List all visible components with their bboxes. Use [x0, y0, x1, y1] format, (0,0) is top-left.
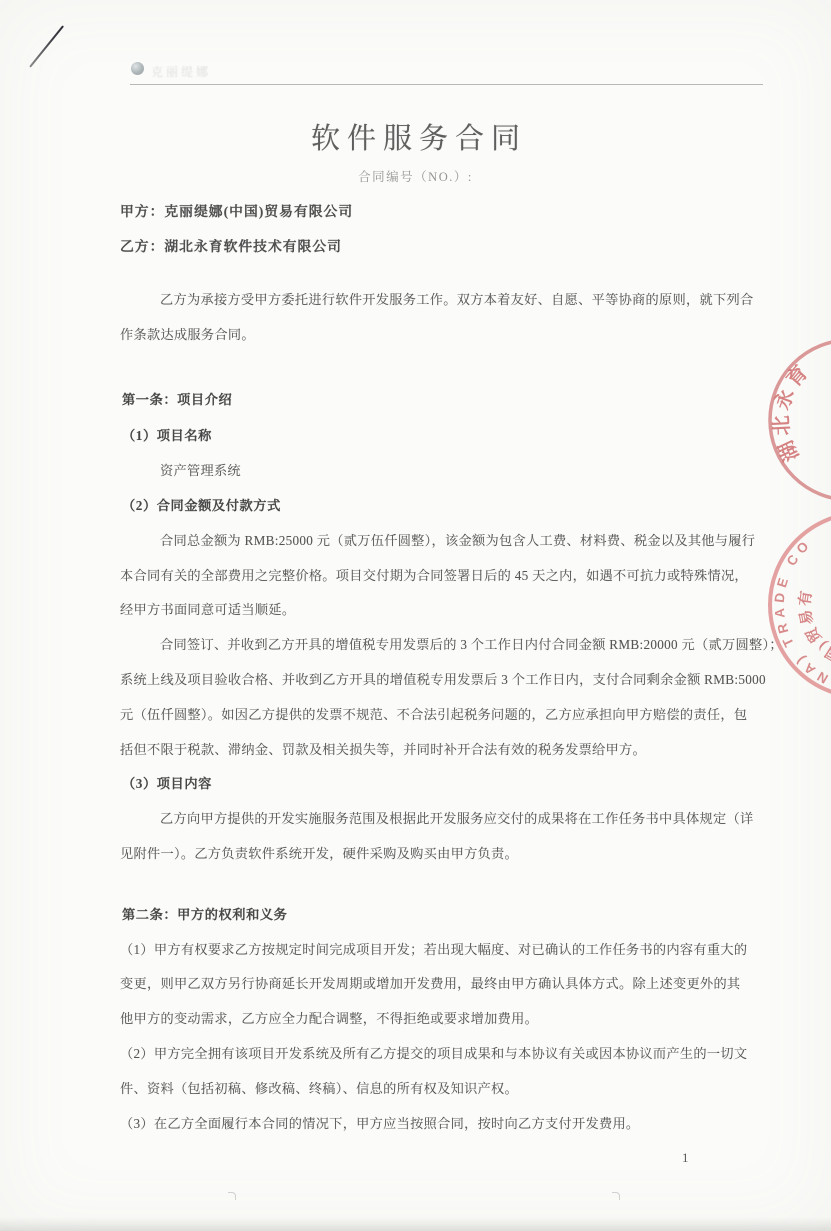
party-a-seal-stamp: INA) TRADE CO 国)贸易有	[700, 505, 831, 716]
contract-body: 乙方为承接方受甲方委托进行软件开发服务工作。双方本着友好、自愿、平等协商的原则，…	[120, 283, 768, 1141]
section-1-heading: 第一条：项目介绍	[120, 383, 768, 418]
letterhead-divider	[130, 84, 763, 85]
party-a-line: 甲方：克丽缇娜(中国)贸易有限公司	[120, 200, 353, 220]
section-2-clause-1-line: 变更，则甲乙双方另行协商延长开发周期或增加开发费用，最终由甲方确认具体方式。除上…	[120, 967, 768, 1002]
section-2-clause-1-line: 他甲方的变动需求，乙方应全力配合调整，不得拒绝或要求增加费用。	[120, 1002, 768, 1037]
payment-paragraph-line: 括但不限于税款、滞纳金、罚款及相关损失等，并同时补开合法有效的税务发票给甲方。	[120, 733, 768, 768]
section-2-heading: 第二条：甲方的权利和义务	[120, 898, 768, 933]
page-number: 1	[682, 1150, 689, 1166]
scan-edge-shadow	[0, 1217, 831, 1231]
section-1-item-2-heading: （2）合同金额及付款方式	[120, 489, 768, 524]
party-b-line: 乙方：湖北永育软件技术有限公司	[120, 235, 342, 255]
section-1-item-1-heading: （1）项目名称	[120, 419, 768, 454]
section-1-item-3-heading: （3）项目内容	[120, 767, 768, 802]
amount-paragraph-line: 合同总金额为 RMB:25000 元（贰万伍仟圆整），该金额为包含人工费、材料费…	[120, 524, 768, 559]
page-title: 软件服务合同	[0, 116, 831, 157]
scanned-contract-page: 克丽缇娜 软件服务合同 合同编号（NO.）: 甲方：克丽缇娜(中国)贸易有限公司…	[0, 0, 831, 1231]
section-2-clause-1-line: （1）甲方有权要求乙方按规定时间完成项目开发；若出现大幅度、对已确认的工作任务书…	[120, 933, 768, 968]
project-name-value: 资产管理系统	[120, 454, 768, 489]
payment-paragraph-line: 系统上线及项目验收合格、并收到乙方开具的增值税专用发票后 3 个工作日内，支付合…	[120, 663, 768, 698]
scan-artifact	[612, 1192, 620, 1200]
section-2-clause-2-line: 件、资料（包括初稿、修改稿、终稿）、信息的所有权及知识产权。	[120, 1072, 768, 1107]
intro-line-2: 作条款达成服务合同。	[120, 318, 768, 353]
letterhead-brand-text: 克丽缇娜	[151, 63, 211, 80]
scan-artifact	[228, 1192, 236, 1200]
amount-paragraph-line: 经甲方书面同意可适当顺延。	[120, 593, 768, 628]
section-2-clause-2-line: （2）甲方完全拥有该项目开发系统及所有乙方提交的项目成果和与本协议有关或因本协议…	[120, 1037, 768, 1072]
section-2-clause-3-line: （3）在乙方全面履行本合同的情况下，甲方应当按照合同，按时向乙方支付开发费用。	[120, 1107, 768, 1142]
contract-number-label: 合同编号（NO.）:	[0, 167, 831, 185]
letterhead-globe-icon	[131, 62, 144, 75]
intro-line-1: 乙方为承接方受甲方委托进行软件开发服务工作。双方本着友好、自愿、平等协商的原则，…	[120, 283, 768, 318]
payment-paragraph-line: 合同签订、并收到乙方开具的增值税专用发票后的 3 个工作日内付合同金额 RMB:…	[120, 628, 768, 663]
pen-stroke-mark	[29, 25, 64, 68]
content-paragraph-line: 乙方向甲方提供的开发实施服务范围及根据此开发服务应交付的成果将在工作任务书中具体…	[120, 802, 768, 837]
payment-paragraph-line: 元（伍仟圆整）。如因乙方提供的发票不规范、不合法引起税务问题的，乙方应承担向甲方…	[120, 698, 768, 733]
content-paragraph-line: 见附件一）。乙方负责软件系统开发，硬件采购及购买由甲方负责。	[120, 837, 768, 872]
amount-paragraph-line: 本合同有关的全部费用之完整价格。项目交付期为合同签署日后的 45 天之内，如遇不…	[120, 559, 768, 594]
